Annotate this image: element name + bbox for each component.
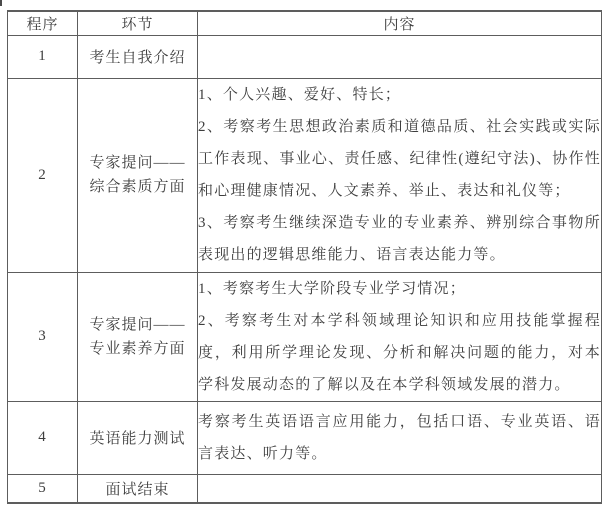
content-item: 1、个人兴趣、爱好、特长； xyxy=(198,79,601,111)
table-row: 1 考生自我介绍 xyxy=(8,35,602,78)
table-header-row: 程序 环节 内容 xyxy=(8,11,602,35)
content-item: 2、考察考生思想政治素质和道德品质、社会实践或实际工作表现、事业心、责任感、纪律… xyxy=(198,111,601,207)
stage-cell: 考生自我介绍 xyxy=(78,35,198,78)
procedure-number-cell: 3 xyxy=(8,272,78,401)
header-procedure: 程序 xyxy=(8,11,78,35)
stage-line: 专家提问—— xyxy=(78,151,197,175)
content-cell xyxy=(198,474,602,503)
content-cell: 1、个人兴趣、爱好、特长； 2、考察考生思想政治素质和道德品质、社会实践或实际工… xyxy=(198,78,602,272)
table-row: 5 面试结束 xyxy=(8,474,602,503)
stage-cell: 专家提问—— 专业素养方面 xyxy=(78,272,198,401)
interview-procedure-table-wrap: 程序 环节 内容 1 考生自我介绍 2 专家提问—— 综合素质方面 xyxy=(7,10,601,504)
table-row: 4 英语能力测试 考察考生英语语言应用能力，包括口语、专业英语、语言表达、听力等… xyxy=(8,401,602,474)
content-cell: 1、考察考生大学阶段专业学习情况； 2、考察考生对本学科领域理论知识和应用技能掌… xyxy=(198,272,602,401)
stage-line: 综合素质方面 xyxy=(78,175,197,199)
crop-edge-artifact xyxy=(0,0,2,6)
procedure-number-cell: 4 xyxy=(8,401,78,474)
content-cell: 考察考生英语语言应用能力，包括口语、专业英语、语言表达、听力等。 xyxy=(198,401,602,474)
stage-cell: 英语能力测试 xyxy=(78,401,198,474)
content-cell xyxy=(198,35,602,78)
procedure-number-cell: 1 xyxy=(8,35,78,78)
document-page: 程序 环节 内容 1 考生自我介绍 2 专家提问—— 综合素质方面 xyxy=(0,0,610,507)
content-item: 2、考察考生对本学科领域理论知识和应用技能掌握程度，利用所学理论发现、分析和解决… xyxy=(198,305,601,401)
procedure-number-cell: 5 xyxy=(8,474,78,503)
content-item: 3、考察考生继续深造专业的专业素养、辨别综合事物所表现出的逻辑思维能力、语言表达… xyxy=(198,207,601,271)
content-item: 1、考察考生大学阶段专业学习情况； xyxy=(198,273,601,305)
stage-line: 专业素养方面 xyxy=(78,337,197,361)
header-stage: 环节 xyxy=(78,11,198,35)
content-item: 考察考生英语语言应用能力，包括口语、专业英语、语言表达、听力等。 xyxy=(198,406,601,470)
stage-line: 专家提问—— xyxy=(78,313,197,337)
table-row: 3 专家提问—— 专业素养方面 1、考察考生大学阶段专业学习情况； 2、考察考生… xyxy=(8,272,602,401)
procedure-number-cell: 2 xyxy=(8,78,78,272)
stage-cell: 专家提问—— 综合素质方面 xyxy=(78,78,198,272)
interview-procedure-table: 程序 环节 内容 1 考生自我介绍 2 专家提问—— 综合素质方面 xyxy=(7,10,602,504)
table-row: 2 专家提问—— 综合素质方面 1、个人兴趣、爱好、特长； 2、考察考生思想政治… xyxy=(8,78,602,272)
stage-cell: 面试结束 xyxy=(78,474,198,503)
header-content: 内容 xyxy=(198,11,602,35)
